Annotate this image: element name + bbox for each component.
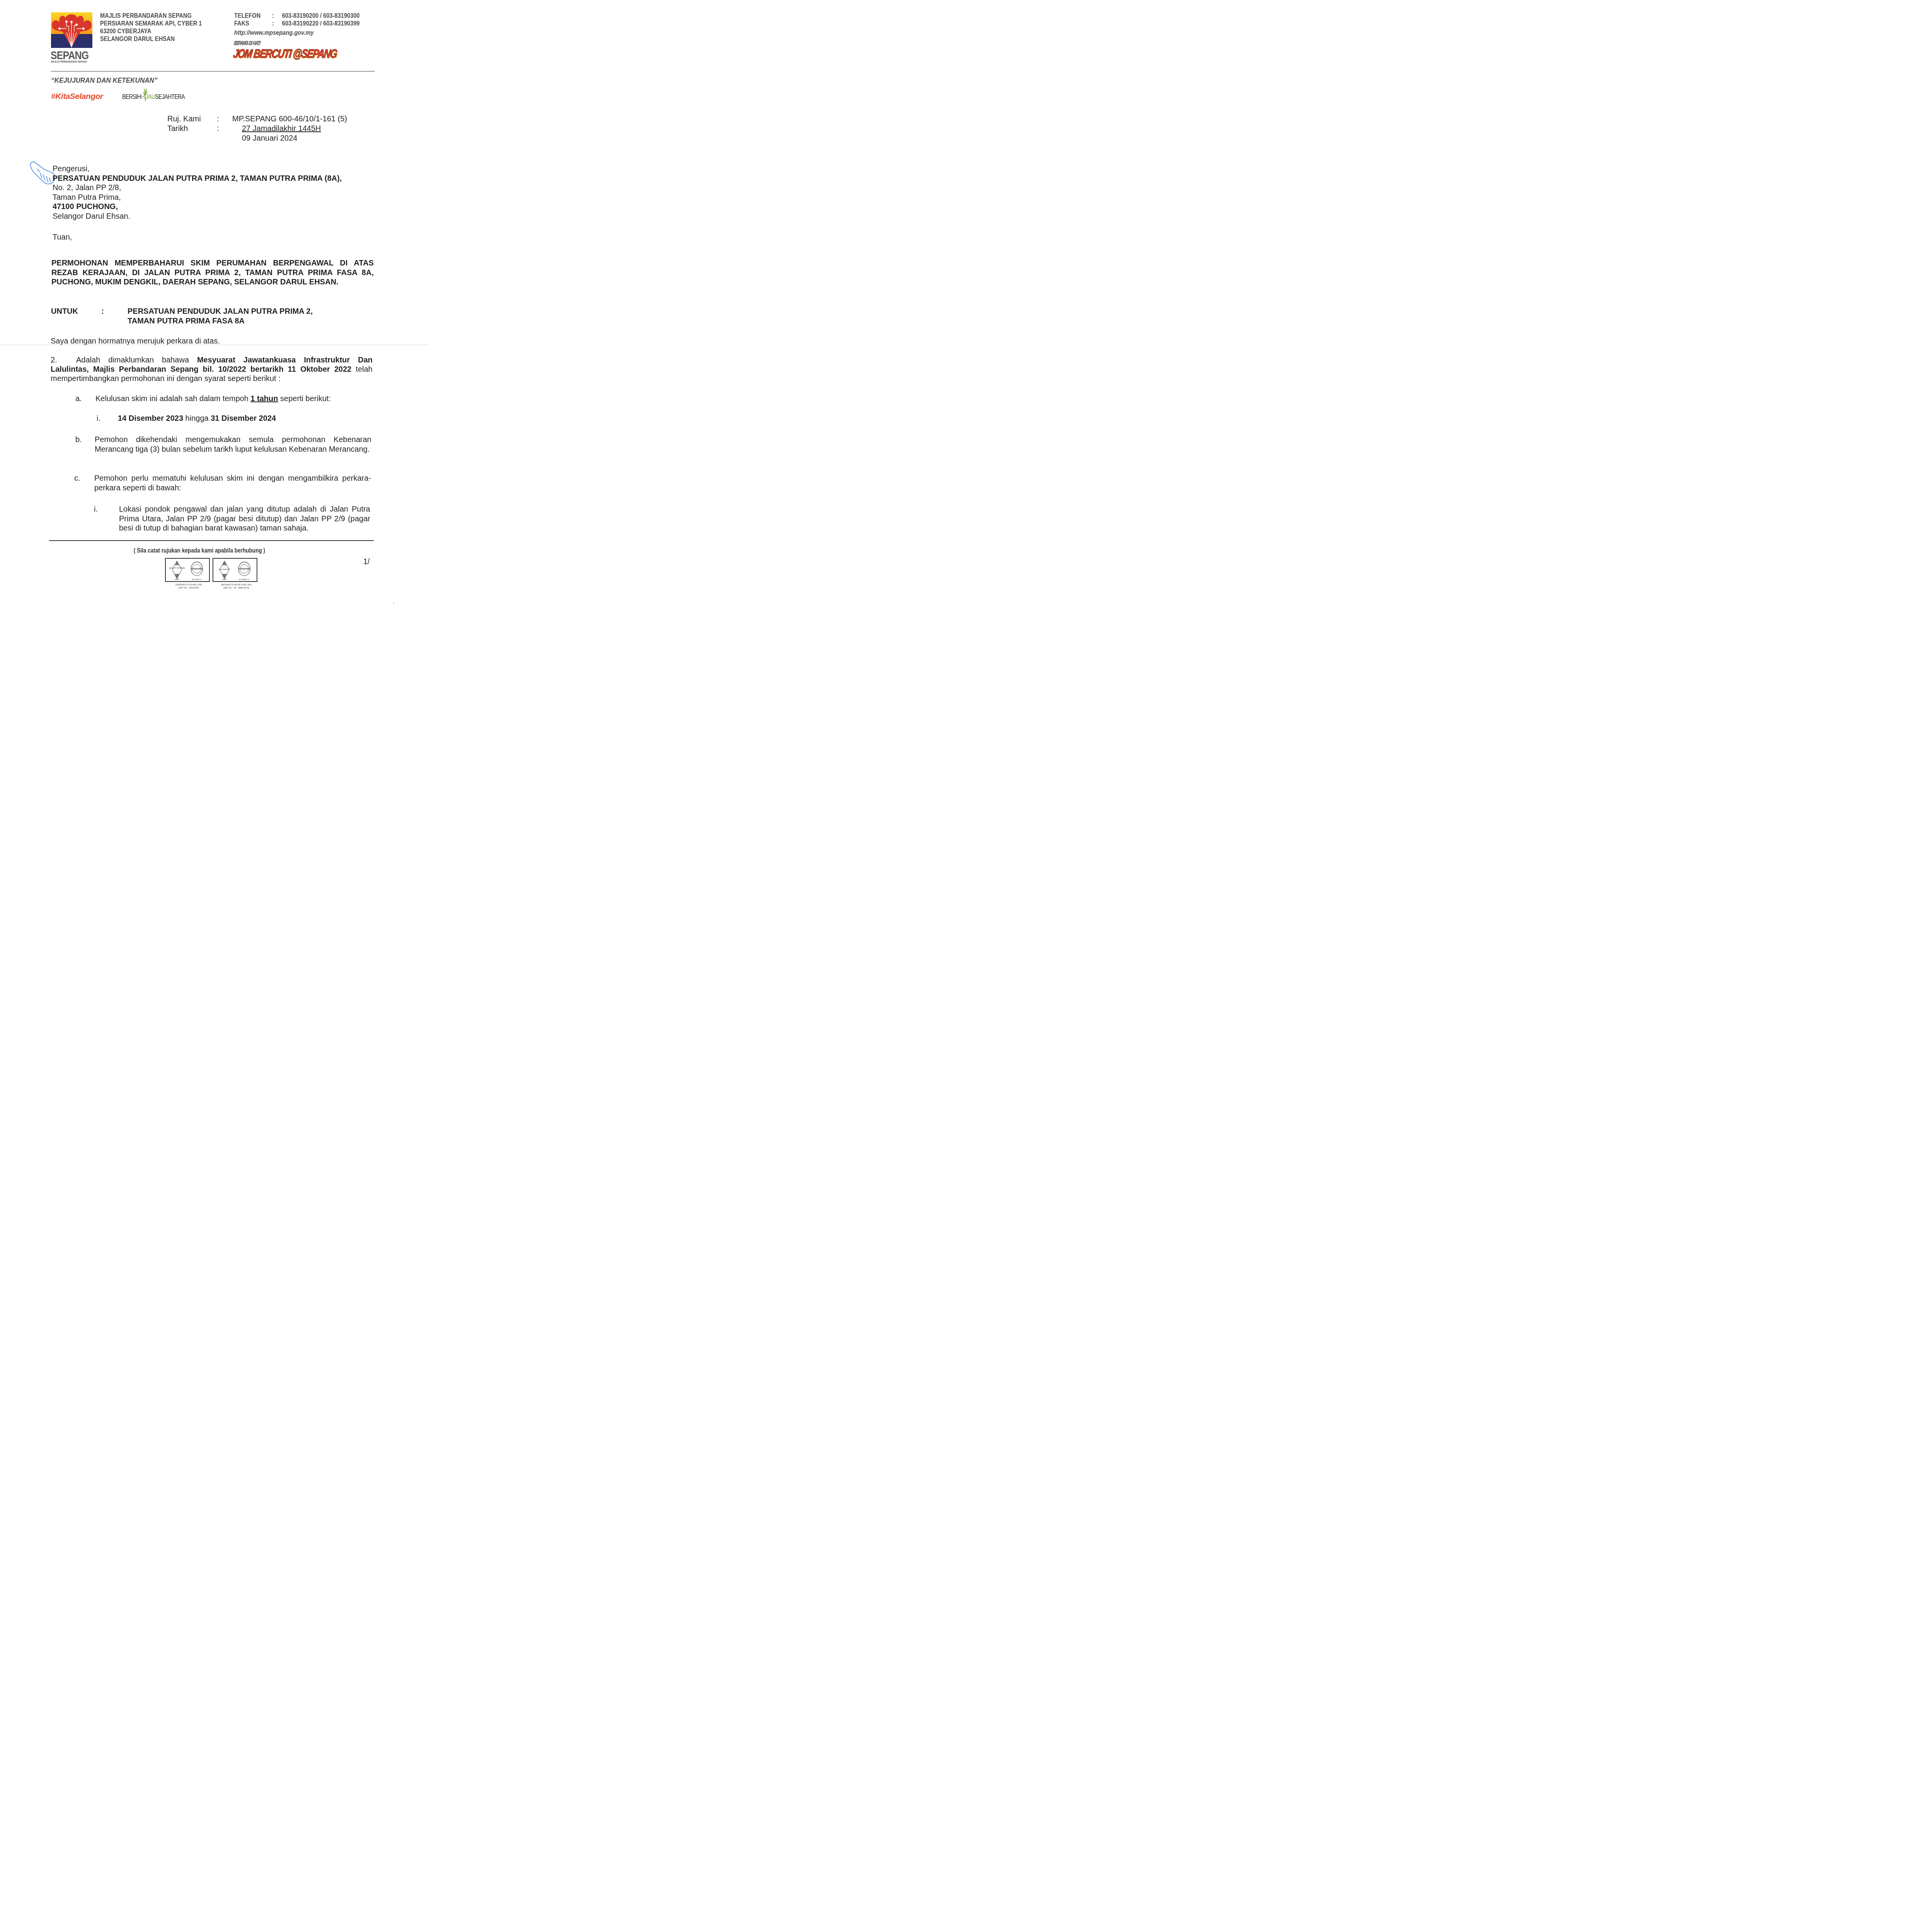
page-number: 1/	[363, 558, 370, 566]
iso-37001-certification-badge: ANTI-BRIBERY STANDARDS SIRIM ACB ABMS 01	[213, 558, 257, 582]
fax-label: FAKS	[234, 20, 272, 27]
certificate-number: CERT. NO. : QMS 01590	[168, 587, 209, 590]
condition-c-i: i. Lokasi pondok pengawal dan jalan yang…	[94, 505, 370, 533]
footer-divider	[49, 540, 374, 541]
svg-text:STANDARDS: STANDARDS	[191, 568, 202, 570]
text-segment: hingga	[183, 414, 211, 423]
item-text: Pemohon dikehendaki mengemukakan semula …	[95, 435, 371, 454]
sepang-council-logo	[51, 12, 92, 48]
date-label: Tarikh	[167, 124, 217, 134]
certification-standard: CERTIFIED TO MS ISO 37001: 2016	[216, 583, 256, 587]
certificate-number: CERT. NO. : MY - ABMS 00145	[216, 587, 256, 590]
council-address: MAJLIS PERBANDARAN SEPANG PERSIARAN SEMA…	[100, 12, 218, 43]
item-text: Kelulusan skim ini adalah sah dalam temp…	[95, 394, 366, 404]
condition-a: a. Kelulusan skim ini adalah sah dalam t…	[75, 394, 366, 404]
paragraph-number: 2.	[51, 355, 76, 365]
condition-b: b. Pemohon dikehendaki mengemukakan semu…	[75, 435, 371, 454]
fax-row: FAKS : 603-83190220 / 603-83190399	[234, 20, 360, 27]
untuk-value: PERSATUAN PENDUDUK JALAN PUTRA PRIMA 2, …	[128, 307, 313, 326]
svg-text:QUALITY SYSTEM: QUALITY SYSTEM	[169, 567, 185, 569]
addressee-title: Pengerusi,	[53, 164, 342, 174]
separator: :	[272, 20, 282, 27]
separator: :	[217, 114, 232, 124]
campaign-word: BERSIH	[122, 94, 141, 100]
date-row-2: 09 Januari 2024	[167, 134, 347, 143]
header-divider	[51, 71, 375, 71]
logo-subtitle: MAJLIS PERBANDARAN SEPANG	[51, 61, 87, 63]
motto: “KEJUJURAN DAN KETEKUNAN”	[51, 77, 158, 85]
start-date: 14 Disember 2023	[118, 414, 183, 423]
tree-icon	[142, 88, 148, 101]
salutation: Tuan,	[53, 233, 72, 242]
condition-c: c. Pemohon perlu mematuhi kelulusan skim…	[74, 474, 371, 493]
address-line: SELANGOR DARUL EHSAN	[100, 35, 202, 43]
campaign-bersih-hijau-sejahtera: BERSIHHIJAUSEJAHTERA	[122, 94, 185, 101]
certification-standard: CERTIFIED TO ISO 9001: 2015	[168, 583, 209, 587]
reference-label: Ruj. Kami	[167, 114, 217, 124]
campaign-kitaselangor: #KitaSelangor	[51, 92, 103, 101]
paragraph-2: 2.Adalah dimaklumkan bahawa Mesyuarat Ja…	[51, 355, 373, 383]
anti-bribery-icon: ANTI-BRIBERY STANDARDS SIRIM ACB ABMS 01	[213, 559, 257, 581]
date-gregorian: 09 Januari 2024	[232, 134, 297, 143]
scan-fold-line	[0, 345, 428, 345]
condition-a-i: i. 14 Disember 2023 hingga 31 Disember 2…	[97, 414, 276, 423]
reference-number: MP.SEPANG 600-46/10/1-161 (5)	[232, 114, 347, 124]
validity-period: 1 tahun	[250, 395, 278, 403]
item-text: Lokasi pondok pengawal dan jalan yang di…	[119, 505, 370, 533]
untuk-line: TAMAN PUTRA PRIMA FASA 8A	[128, 316, 313, 326]
reference-note: ( Sila catat rujukan kepada kami apabila…	[134, 548, 265, 554]
tagline-large: JOM BERCUTI @SEPANG	[232, 47, 338, 61]
iso-9001-certification-badge: QUALITY SYSTEM STANDARDS SIRIM ACB QMS 0…	[165, 558, 210, 582]
telephone-value: 603-83190200 / 603-83190300	[282, 12, 360, 20]
svg-text:SIRIM: SIRIM	[222, 578, 227, 580]
svg-text:STANDARDS: STANDARDS	[239, 568, 250, 570]
date-hijri: 27 Jamadilakhir 1445H	[232, 124, 321, 134]
item-label: a.	[75, 394, 95, 404]
svg-text:SIRIM: SIRIM	[175, 578, 179, 580]
svg-text:ACB ABMS 01: ACB ABMS 01	[239, 578, 250, 580]
reference-row: Ruj. Kami : MP.SEPANG 600-46/10/1-161 (5…	[167, 114, 347, 124]
paragraph-lead: Adalah dimaklumkan bahawa	[76, 356, 197, 364]
item-label: i.	[94, 505, 119, 533]
tagline-small: SEPANG DI HATI	[233, 40, 260, 46]
svg-text:ACB QMS 01: ACB QMS 01	[192, 578, 202, 580]
validity-dates: 14 Disember 2023 hingga 31 Disember 2024	[118, 414, 276, 423]
campaign-word: SEJAHTERA	[155, 94, 185, 100]
item-label: i.	[97, 414, 118, 423]
addressee-block: Pengerusi, PERSATUAN PENDUDUK JALAN PUTR…	[53, 164, 342, 221]
iso-9001-caption: CERTIFIED TO ISO 9001: 2015 CERT. NO. : …	[168, 583, 209, 590]
end-date: 31 Disember 2024	[211, 414, 276, 423]
separator: :	[217, 124, 232, 134]
scan-speck	[393, 603, 394, 604]
untuk-line: PERSATUAN PENDUDUK JALAN PUTRA PRIMA 2,	[128, 307, 313, 316]
reference-block: Ruj. Kami : MP.SEPANG 600-46/10/1-161 (5…	[167, 114, 347, 143]
separator: :	[101, 307, 128, 326]
addressee-street: No. 2, Jalan PP 2/8,	[53, 183, 342, 193]
addressee-state: Selangor Darul Ehsan.	[53, 212, 342, 221]
telephone-row: TELEFON : 603-83190200 / 603-83190300	[234, 12, 360, 20]
item-label: c.	[74, 474, 94, 493]
website-link[interactable]: http://www.mpsepang.gov.my	[234, 29, 314, 37]
letter-subject: PERMOHONAN MEMPERBAHARUI SKIM PERUMAHAN …	[51, 259, 374, 287]
date-row: Tarikh : 27 Jamadilakhir 1445H	[167, 124, 347, 134]
item-text: Pemohon perlu mematuhi kelulusan skim in…	[94, 474, 371, 493]
addressee-area: Taman Putra Prima,	[53, 193, 342, 202]
untuk-label: UNTUK	[51, 307, 101, 326]
contact-info: TELEFON : 603-83190200 / 603-83190300 FA…	[234, 12, 380, 27]
address-line: 63200 CYBERJAYA	[100, 27, 202, 35]
text-segment: Kelulusan skim ini adalah sah dalam temp…	[95, 395, 250, 403]
addressee-postcode-city: 47100 PUCHONG,	[53, 202, 342, 212]
fax-value: 603-83190220 / 603-83190399	[282, 20, 360, 27]
quality-system-icon: QUALITY SYSTEM STANDARDS SIRIM ACB QMS 0…	[166, 559, 209, 581]
text-segment: seperti berikut:	[278, 395, 331, 403]
iso-37001-caption: CERTIFIED TO MS ISO 37001: 2016 CERT. NO…	[216, 583, 256, 590]
separator: :	[272, 12, 282, 20]
address-line: PERSIARAN SEMARAK API, CYBER 1	[100, 20, 202, 27]
org-name: MAJLIS PERBANDARAN SEPANG	[100, 12, 202, 20]
untuk-row: UNTUK : PERSATUAN PENDUDUK JALAN PUTRA P…	[51, 307, 313, 326]
svg-text:ANTI-BRIBERY: ANTI-BRIBERY	[219, 568, 230, 570]
addressee-organisation: PERSATUAN PENDUDUK JALAN PUTRA PRIMA 2, …	[53, 174, 342, 184]
telephone-label: TELEFON	[234, 12, 272, 20]
item-label: b.	[75, 435, 95, 454]
